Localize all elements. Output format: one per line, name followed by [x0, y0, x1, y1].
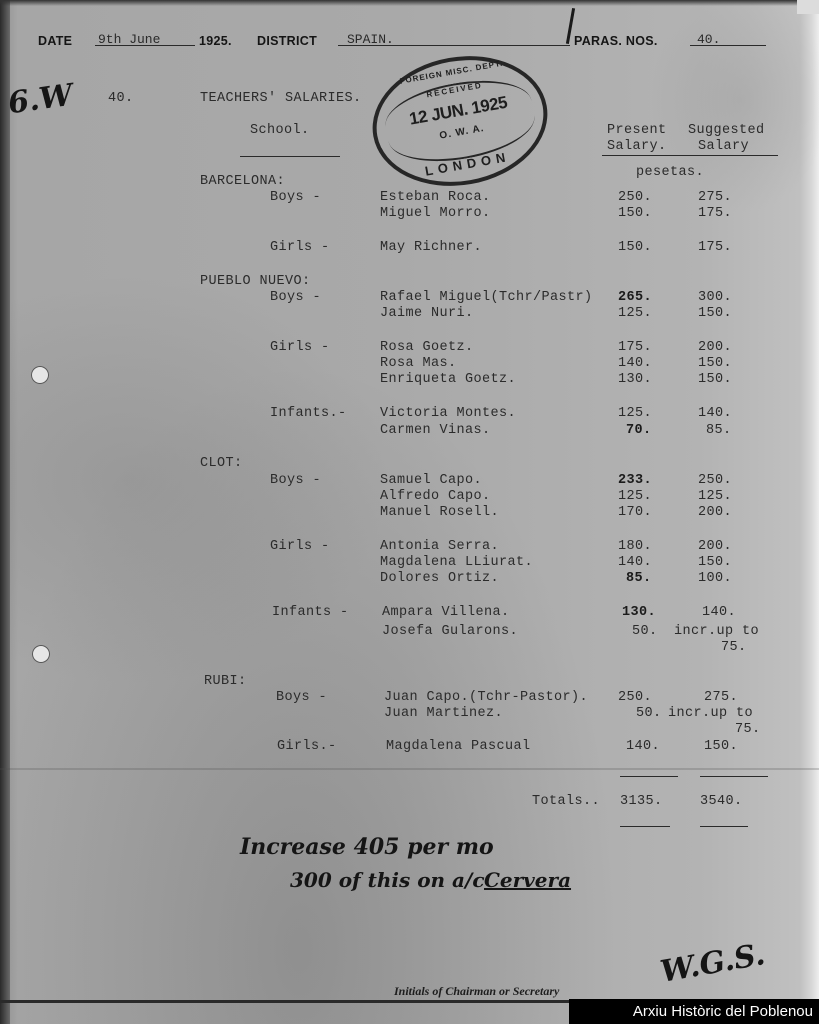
suggested-salary: 300.: [698, 290, 732, 306]
present-salary: 265.: [618, 290, 652, 306]
present-salary: 50.: [636, 706, 662, 722]
present-salary: 175.: [618, 340, 652, 356]
document-page: DATE 9th June 1925. DISTRICT SPAIN. PARA…: [0, 0, 819, 1024]
suggested-salary: 200.: [698, 505, 732, 521]
suggested-salary: 275.: [704, 690, 738, 706]
column-header-school: School.: [250, 123, 310, 139]
teacher-name: Enriqueta Goetz.: [380, 372, 516, 388]
column-header-suggested-2: Salary: [698, 139, 749, 155]
teacher-name: May Richner.: [380, 240, 482, 256]
teacher-name: Manuel Rosell.: [380, 505, 499, 521]
teacher-name: Jaime Nuri.: [380, 306, 474, 322]
present-salary: 180.: [618, 539, 652, 555]
present-salary: 130.: [618, 372, 652, 388]
punch-hole-icon: [31, 366, 49, 384]
suggested-salary: 140.: [702, 605, 736, 621]
totals-rule-bottom-suggested: [700, 826, 748, 827]
suggested-salary: 275.: [698, 190, 732, 206]
district-name: PUEBLO NUEVO:: [200, 274, 311, 290]
header-underline: [602, 155, 778, 156]
page-top-edge: [0, 0, 819, 6]
teacher-name: Juan Martinez.: [384, 706, 503, 722]
suggested-salary: 140.: [698, 406, 732, 422]
present-salary: 70.: [626, 423, 652, 439]
suggested-salary: 175.: [698, 240, 732, 256]
teacher-name: Juan Capo.(Tchr-Pastor).: [384, 690, 588, 706]
present-salary: 170.: [618, 505, 652, 521]
paras-underline: [690, 45, 766, 46]
suggested-salary-continued: 75.: [735, 722, 761, 738]
present-salary: 250.: [618, 190, 652, 206]
column-header-present-2: Salary.: [607, 139, 667, 155]
suggested-salary: 175.: [698, 206, 732, 222]
suggested-salary: 150.: [698, 306, 732, 322]
suggested-salary: 150.: [704, 739, 738, 755]
teacher-name: Samuel Capo.: [380, 473, 482, 489]
suggested-salary: 100.: [698, 571, 732, 587]
suggested-salary: 200.: [698, 539, 732, 555]
handwritten-note-underlined: Cervera: [484, 868, 571, 892]
group-label: Boys -: [270, 290, 321, 306]
teacher-name: Antonia Serra.: [380, 539, 499, 555]
district-name: BARCELONA:: [200, 174, 285, 190]
suggested-salary: 125.: [698, 489, 732, 505]
present-salary: 125.: [618, 489, 652, 505]
group-label: Boys -: [270, 190, 321, 206]
totals-label: Totals..: [532, 794, 600, 810]
totals-rule-top-present: [620, 776, 678, 777]
teacher-name: Dolores Ortiz.: [380, 571, 499, 587]
teacher-name: Carmen Vinas.: [380, 423, 491, 439]
section-title: TEACHERS' SALARIES.: [200, 91, 362, 107]
suggested-salary: incr.up to: [674, 624, 759, 640]
teacher-name: Rosa Goetz.: [380, 340, 474, 356]
suggested-salary: 150.: [698, 555, 732, 571]
date-underline: [95, 45, 195, 46]
suggested-salary-continued: 75.: [721, 640, 747, 656]
school-underline: [240, 156, 340, 157]
currency-label: pesetas.: [636, 165, 704, 181]
page-corner: [797, 0, 819, 14]
present-salary: 125.: [618, 306, 652, 322]
group-label: Boys -: [276, 690, 327, 706]
teacher-name: Victoria Montes.: [380, 406, 516, 422]
handwritten-note-line2: 300 of this on a/c: [290, 868, 485, 892]
totals-rule-bottom-present: [620, 826, 670, 827]
page-fold: [0, 768, 819, 770]
group-label: Infants -: [272, 605, 349, 621]
column-header-suggested: Suggested: [688, 123, 765, 139]
group-label: Girls.-: [277, 739, 337, 755]
initials-label: Initials of Chairman or Secretary: [394, 984, 559, 999]
present-salary: 130.: [622, 605, 656, 621]
date-label: DATE: [38, 34, 72, 48]
page-left-edge: [0, 0, 10, 1024]
punch-hole-icon: [32, 645, 50, 663]
suggested-salary: incr.up to: [668, 706, 753, 722]
teacher-name: Josefa Gularons.: [382, 624, 518, 640]
present-salary: 150.: [618, 206, 652, 222]
suggested-salary: 250.: [698, 473, 732, 489]
column-header-present: Present: [607, 123, 667, 139]
suggested-salary: 150.: [698, 356, 732, 372]
suggested-salary: 200.: [698, 340, 732, 356]
district-underline: [338, 45, 570, 46]
present-salary: 125.: [618, 406, 652, 422]
teacher-name: Ampara Villena.: [382, 605, 510, 621]
year-value: 1925.: [199, 34, 232, 48]
group-label: Boys -: [270, 473, 321, 489]
teacher-name: Esteban Roca.: [380, 190, 491, 206]
district-label: DISTRICT: [257, 34, 317, 48]
totals-present: 3135.: [620, 794, 663, 810]
present-salary: 85.: [626, 571, 652, 587]
district-name: RUBI:: [204, 674, 247, 690]
teacher-name: Magdalena LLiurat.: [380, 555, 533, 571]
totals-rule-top-suggested: [700, 776, 768, 777]
present-salary: 233.: [618, 473, 652, 489]
footer-rule: [0, 1000, 569, 1003]
present-salary: 50.: [632, 624, 658, 640]
group-label: Girls -: [270, 340, 330, 356]
archive-watermark: Arxiu Històric del Poblenou: [569, 999, 819, 1024]
suggested-salary: 85.: [706, 423, 732, 439]
initials-signature: W.G.S.: [658, 937, 768, 990]
present-salary: 150.: [618, 240, 652, 256]
present-salary: 140.: [626, 739, 660, 755]
present-salary: 250.: [618, 690, 652, 706]
received-stamp: FOREIGN MISC. DEPT. RECEIVED 12 JUN. 192…: [362, 43, 558, 200]
margin-note: 6.W: [6, 78, 75, 122]
handwritten-note-line1: Increase 405 per mo: [240, 834, 494, 860]
teacher-name: Rafael Miguel(Tchr/Pastr): [380, 290, 593, 306]
group-label: Girls -: [270, 539, 330, 555]
group-label: Girls -: [270, 240, 330, 256]
teacher-name: Alfredo Capo.: [380, 489, 491, 505]
section-number: 40.: [108, 91, 134, 107]
present-salary: 140.: [618, 555, 652, 571]
group-label: Infants.-: [270, 406, 347, 422]
teacher-name: Rosa Mas.: [380, 356, 457, 372]
totals-suggested: 3540.: [700, 794, 743, 810]
teacher-name: Magdalena Pascual: [386, 739, 531, 755]
present-salary: 140.: [618, 356, 652, 372]
suggested-salary: 150.: [698, 372, 732, 388]
paras-label: PARAS. NOS.: [574, 34, 658, 48]
district-name: CLOT:: [200, 456, 243, 472]
teacher-name: Miguel Morro.: [380, 206, 491, 222]
